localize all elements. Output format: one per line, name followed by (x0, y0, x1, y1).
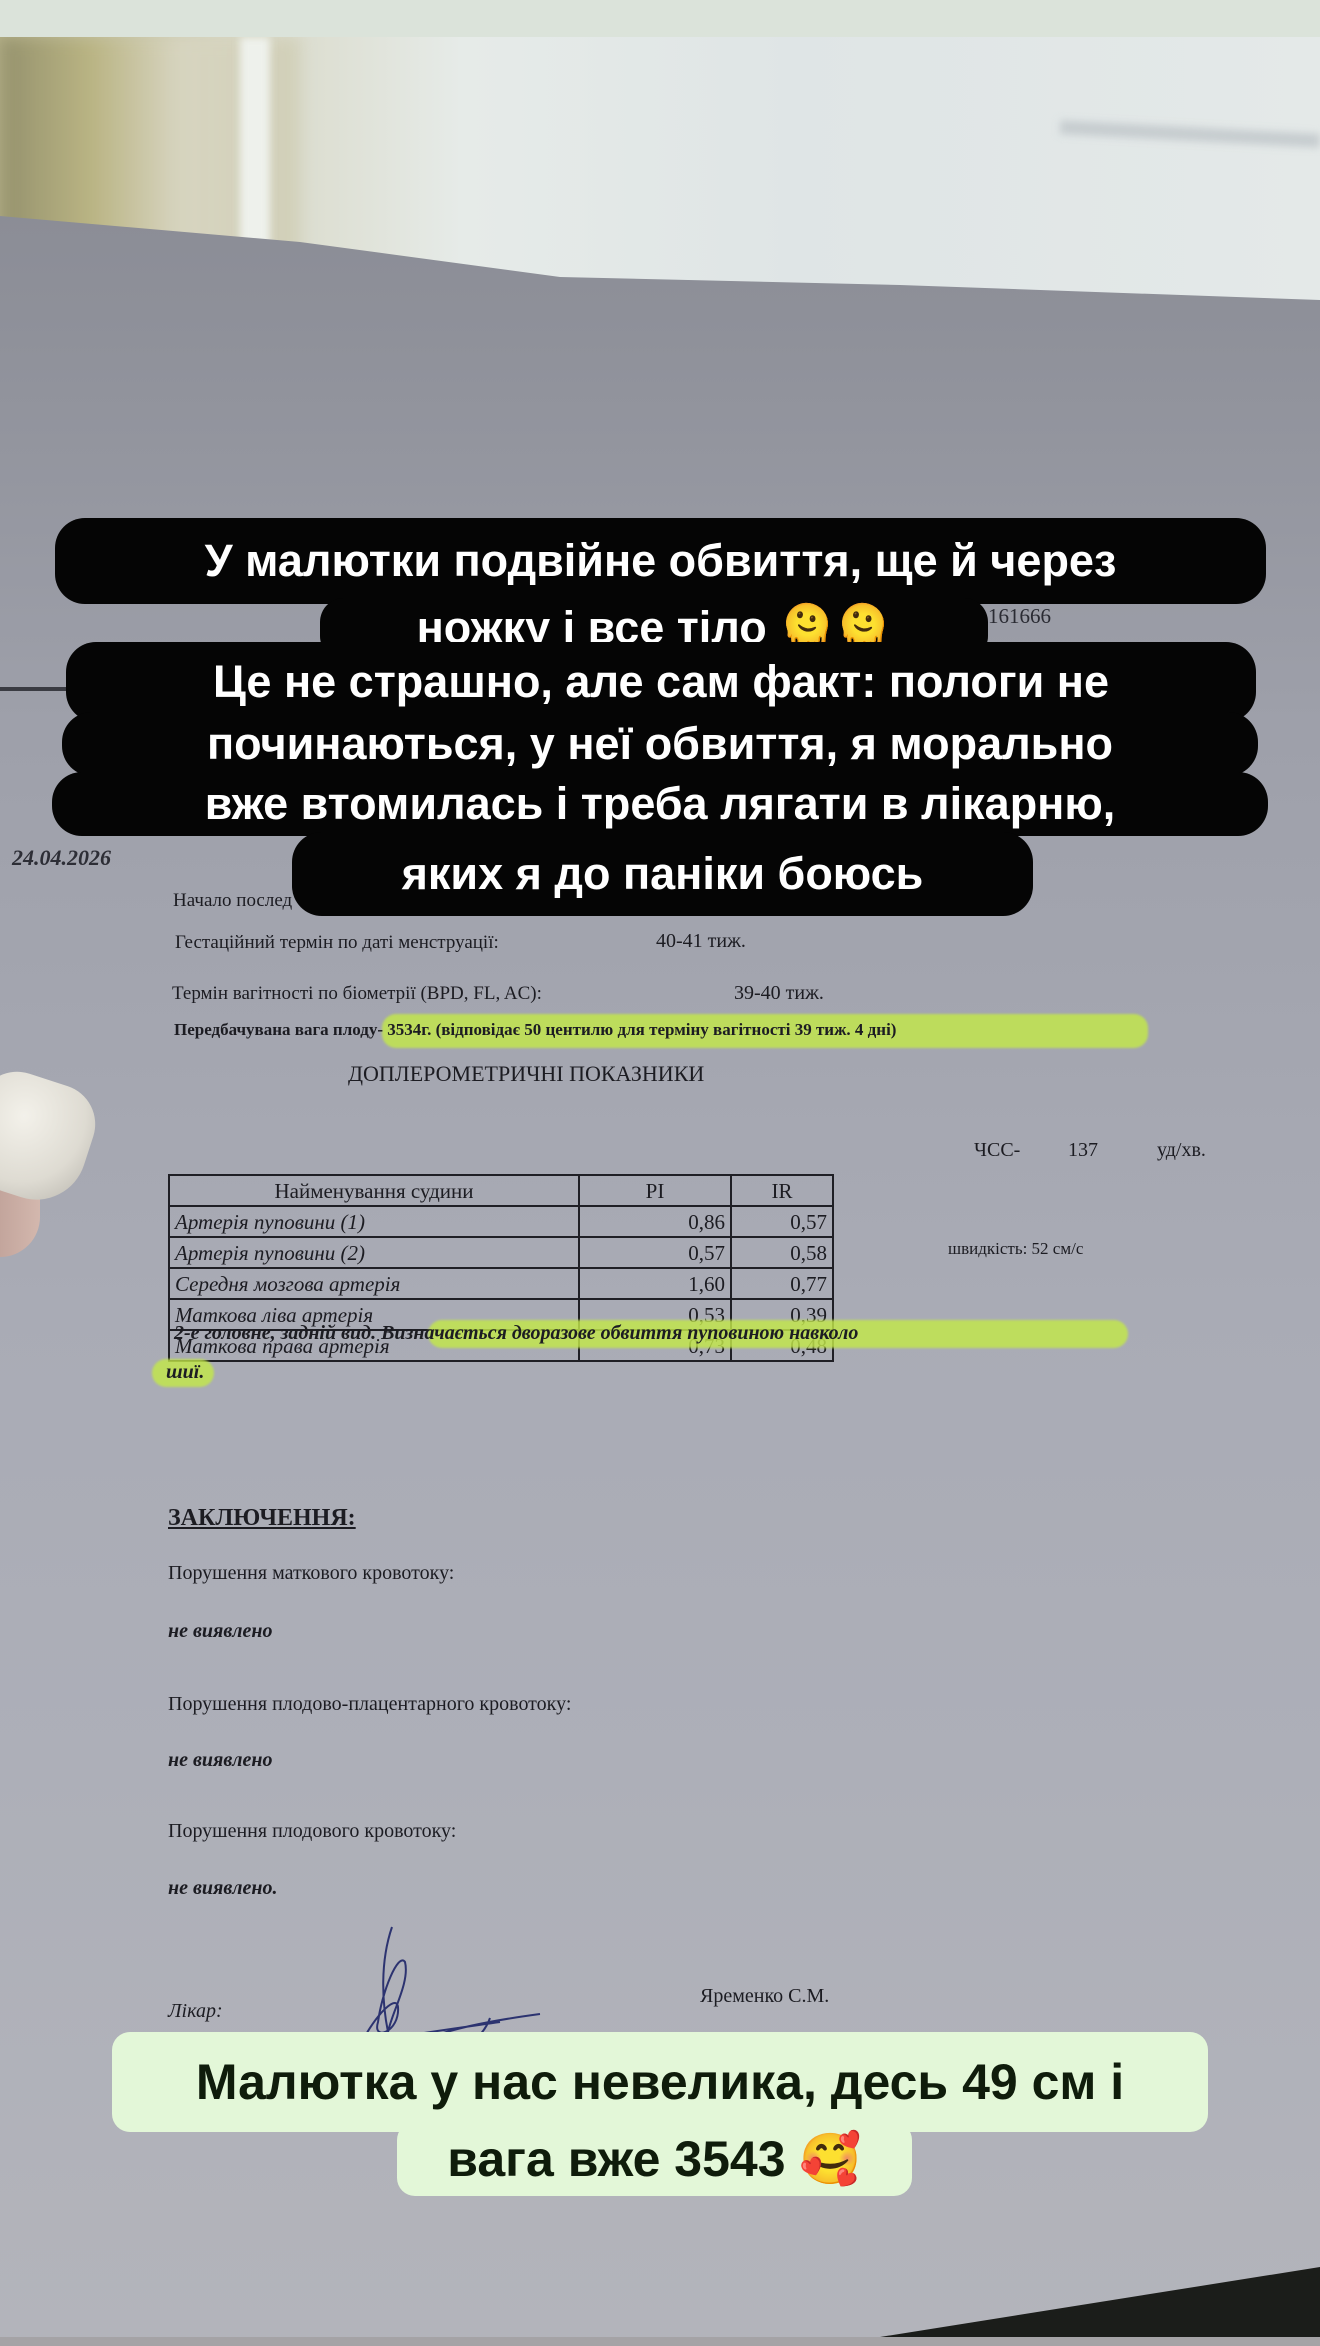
doctor-name: Яременко С.М. (700, 1985, 829, 2008)
story-top-band (0, 0, 1320, 37)
heart-rate-unit: уд/хв. (1157, 1139, 1206, 1162)
fetal-weight-value: оду- 3534г. (відповідає 50 центилю для т… (352, 1020, 896, 1039)
fetal-weight-line: Передбачувана вага плоду- 3534г. (відпов… (174, 1020, 896, 1040)
presentation-finding: Визначається дворазове обвиття пуповиною… (381, 1322, 858, 1344)
caption-bottom-line-2: вага вже 3543 🥰 (397, 2122, 912, 2196)
vessel-name: Артерія пуповини (1) (169, 1206, 579, 1237)
conclusion-value: не виявлено (168, 1620, 273, 1643)
pi-value: 1,60 (579, 1268, 731, 1299)
photo: 161666 24.04.2026 Начало послед Гестацій… (0, 37, 1320, 2337)
caption-top-line-4: починаються, у неї обвиття, я морально (62, 712, 1258, 776)
table-row: Середня мозгова артерія 1,60 0,77 (169, 1268, 833, 1299)
vessel-name: Артерія пуповини (2) (169, 1237, 579, 1268)
conclusion-label: Порушення плодово-плацентарного кровоток… (168, 1693, 571, 1716)
gestation-biometry-label: Термін вагітності по біометрії (BPD, FL,… (172, 983, 542, 1005)
conclusion-value: не виявлено (168, 1749, 273, 1772)
col-pi: PI (579, 1175, 731, 1206)
conclusion-label: Порушення маткового кровотоку: (168, 1562, 454, 1585)
conclusion-label: Порушення плодового кровотоку: (168, 1820, 456, 1843)
table-row: Артерія пуповини (1) 0,86 0,57 (169, 1206, 833, 1237)
fetal-weight-prefix: Передбачувана вага пл (174, 1020, 352, 1039)
ir-value: 0,58 (731, 1237, 833, 1268)
gestation-menstrual-label: Гестаційний термін по даті менструації: (175, 932, 499, 954)
caption-top-line-3: Це не страшно, але сам факт: пологи не (66, 642, 1256, 722)
story-bottom-band (0, 2337, 1320, 2346)
caption-top-line-5: вже втомилась і треба лягати в лікарню, (52, 772, 1268, 836)
background-pole (1060, 120, 1320, 148)
caption-top-line-6: яких я до паніки боюсь (292, 832, 1033, 916)
col-ir: IR (731, 1175, 833, 1206)
gestation-menstrual-value: 40-41 тиж. (656, 930, 746, 953)
smiling-face-with-hearts-icon: 🥰 (799, 2130, 861, 2188)
conclusion-title: ЗАКЛЮЧЕННЯ: (168, 1505, 356, 1532)
pi-value: 0,86 (579, 1206, 731, 1237)
velocity: швидкість: 52 см/с (948, 1239, 1083, 1259)
heart-rate-value: 137 (1068, 1139, 1098, 1162)
pi-value: 0,57 (579, 1237, 731, 1268)
heart-rate-label: ЧСС- (974, 1139, 1020, 1162)
document-date: 24.04.2026 (12, 845, 111, 871)
presentation-line: 2-е головне, задній вид. Визначається дв… (174, 1322, 858, 1345)
presentation-prefix: 2-е головне, задній вид. (174, 1322, 376, 1344)
ultrasound-report-paper: 161666 24.04.2026 Начало послед Гестацій… (0, 37, 1320, 2337)
doppler-title: ДОПЛЕРОМЕТРИЧНІ ПОКАЗНИКИ (348, 1061, 704, 1087)
vessel-name: Середня мозгова артерія (169, 1268, 579, 1299)
doctor-label: Лікар: (168, 2000, 223, 2023)
presentation-finding-2: шиї. (166, 1361, 204, 1384)
caption-bottom-line-2-text: вага вже 3543 (447, 2131, 785, 2187)
fingernail (0, 1061, 106, 1212)
lmp-label: Начало послед (173, 890, 292, 912)
gestation-biometry-value: 39-40 тиж. (734, 982, 824, 1005)
caption-top-line-1: У малютки подвійне обвиття, ще й через (55, 518, 1266, 604)
document-id: 161666 (988, 604, 1051, 629)
ir-value: 0,57 (731, 1206, 833, 1237)
col-vessel: Найменування судини (169, 1175, 579, 1206)
doppler-header-row: Найменування судини PI IR (169, 1175, 833, 1206)
ir-value: 0,77 (731, 1268, 833, 1299)
table-row: Артерія пуповини (2) 0,57 0,58 (169, 1237, 833, 1268)
caption-bottom-line-1: Малютка у нас невелика, десь 49 см і (112, 2032, 1208, 2132)
conclusion-value: не виявлено. (168, 1877, 278, 1900)
